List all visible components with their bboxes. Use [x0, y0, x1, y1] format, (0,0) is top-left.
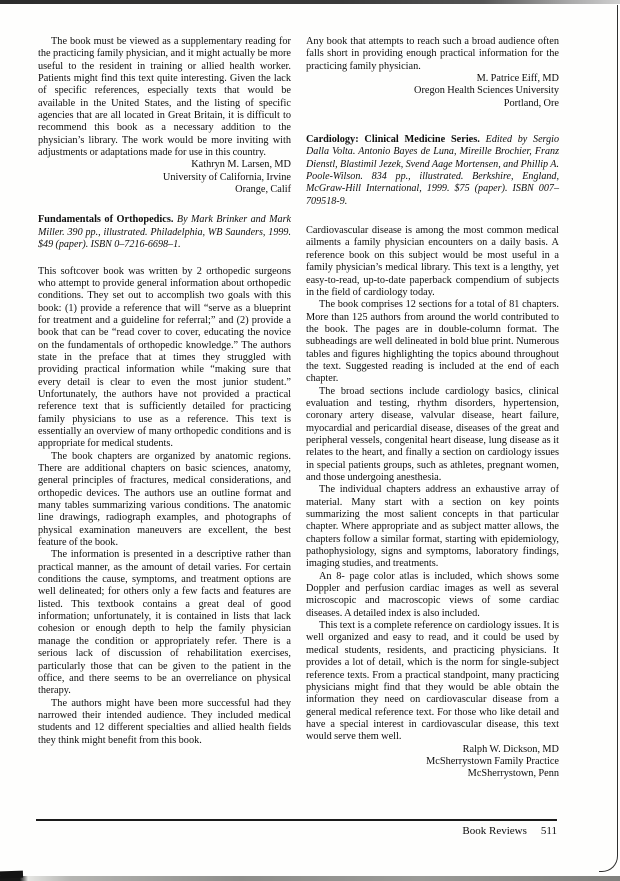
signature-name: Ralph W. Dickson, MD [306, 744, 559, 756]
review-paragraph: The broad sections include cardiology ba… [306, 386, 559, 485]
orthopedics-review-heading: Fundamentals of Orthopedics. By Mark Bri… [38, 214, 291, 251]
signature-location: Orange, Calif [38, 184, 291, 196]
review-paragraph: An 8- page color atlas is included, whic… [306, 571, 559, 620]
page-footer: Book Reviews511 [36, 824, 557, 838]
left-column: The book must be viewed as a supplementa… [38, 36, 291, 747]
review-paragraph: The individual chapters address an exhau… [306, 484, 559, 570]
scan-artifact-corner-blob [0, 871, 23, 879]
signature-affiliation: Oregon Health Sciences University [306, 85, 559, 97]
signature-location: Portland, Ore [306, 98, 559, 110]
footer-rule [36, 819, 557, 821]
footer-page-number: 511 [541, 825, 557, 837]
reviewer-signature-eiff: M. Patrice Eiff, MD Oregon Health Scienc… [306, 73, 559, 110]
review-paragraph: The book comprises 12 sections for a tot… [306, 299, 559, 385]
footer-section-label: Book Reviews [462, 825, 526, 837]
review-paragraph: Cardiovascular disease is among the most… [306, 225, 559, 299]
scan-artifact-right-edge [599, 5, 618, 872]
review-paragraph: This softcover book was written by 2 ort… [38, 266, 291, 451]
review-paragraph: The book chapters are organized by anato… [38, 451, 291, 550]
prev-review-continuation-paragraph: The book must be viewed as a supplementa… [38, 36, 291, 159]
signature-affiliation: University of California, Irvine [38, 172, 291, 184]
signature-location: McSherrystown, Penn [306, 768, 559, 780]
review-paragraph: This text is a complete reference on car… [306, 620, 559, 743]
scan-artifact-bottom-edge [0, 876, 620, 881]
cardiology-review-heading: Cardiology: Clinical Medicine Series. Ed… [306, 134, 559, 208]
review-paragraph: The authors might have been more success… [38, 698, 291, 747]
orthopedics-book-title: Fundamentals of Orthopedics. [38, 214, 173, 225]
cardiology-book-title: Cardiology: Clinical Medicine Series. [306, 134, 480, 145]
signature-name: M. Patrice Eiff, MD [306, 73, 559, 85]
right-column: Any book that attempts to reach such a b… [306, 36, 559, 781]
signature-name: Kathryn M. Larsen, MD [38, 159, 291, 171]
reviewer-signature-dickson: Ralph W. Dickson, MD McSherrystown Famil… [306, 744, 559, 781]
orthopedics-review-continuation-paragraph: Any book that attempts to reach such a b… [306, 36, 559, 73]
reviewer-signature-larsen: Kathryn M. Larsen, MD University of Cali… [38, 159, 291, 196]
scan-artifact-top-edge [0, 0, 620, 4]
signature-affiliation: McSherrystown Family Practice [306, 756, 559, 768]
review-paragraph: The information is presented in a descri… [38, 549, 291, 697]
scanned-journal-page: The book must be viewed as a supplementa… [0, 0, 620, 881]
